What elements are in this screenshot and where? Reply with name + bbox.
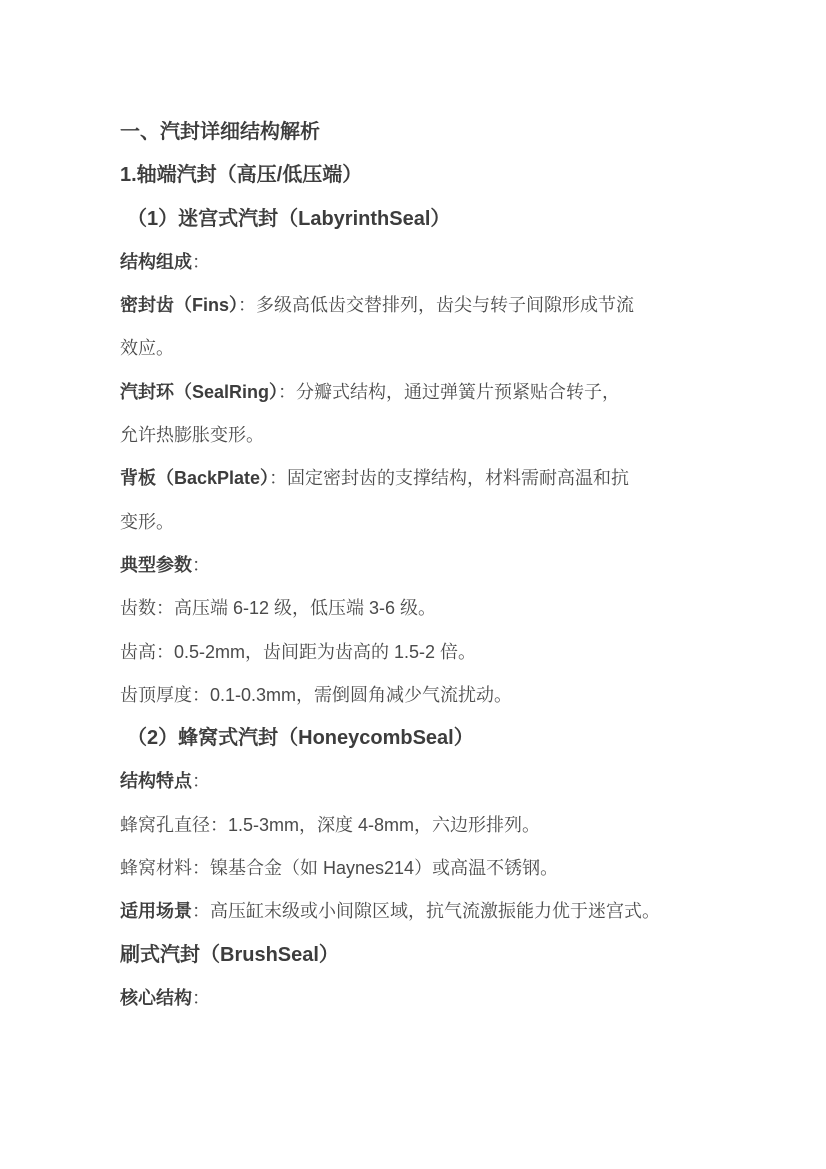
- text-segment: 蜂窝孔直径：1.5-3mm，深度 4-8mm，六边形排列。: [120, 815, 540, 835]
- paragraph-line: 结构特点：: [120, 760, 720, 803]
- bold-text-segment: 密封齿（Fins）: [120, 295, 238, 315]
- bold-text-segment: 结构组成: [120, 252, 192, 272]
- text-segment: 蜂窝材料：镍基合金（如 Haynes214）或高温不锈钢。: [120, 858, 558, 878]
- paragraph-line: 齿数：高压端 6-12 级，低压端 3-6 级。: [120, 587, 720, 630]
- text-segment: 变形。: [120, 512, 174, 532]
- paragraph-line: 适用场景：高压缸末级或小间隙区域，抗气流激振能力优于迷宫式。: [120, 890, 720, 933]
- text-segment: ：: [192, 252, 210, 272]
- bold-text-segment: 汽封环（SealRing）: [120, 382, 278, 402]
- bold-text-segment: 核心结构: [120, 988, 192, 1008]
- text-segment: ：: [192, 771, 210, 791]
- paragraph-line: 齿顶厚度：0.1-0.3mm，需倒圆角减少气流扰动。: [120, 674, 720, 717]
- paragraph-line: 变形。: [120, 501, 720, 544]
- paragraph-line: 齿高：0.5-2mm，齿间距为齿高的 1.5-2 倍。: [120, 631, 720, 674]
- heading-line: （2）蜂窝式汽封（HoneycombSeal）: [120, 717, 720, 760]
- text-segment: ：多级高低齿交替排列，齿尖与转子间隙形成节流: [238, 295, 634, 315]
- paragraph-line: 汽封环（SealRing）：分瓣式结构，通过弹簧片预紧贴合转子，: [120, 371, 720, 414]
- text-segment: ：固定密封齿的支撑结构，材料需耐高温和抗: [269, 468, 629, 488]
- text-segment: 允许热膨胀变形。: [120, 425, 264, 445]
- bold-text-segment: 典型参数: [120, 555, 192, 575]
- paragraph-line: 典型参数：: [120, 544, 720, 587]
- paragraph-line: 蜂窝孔直径：1.5-3mm，深度 4-8mm，六边形排列。: [120, 804, 720, 847]
- text-segment: ：: [192, 555, 210, 575]
- paragraph-line: 背板（BackPlate）：固定密封齿的支撑结构，材料需耐高温和抗: [120, 457, 720, 500]
- heading-line: 刷式汽封（BrushSeal）: [120, 934, 720, 977]
- text-segment: ：: [192, 988, 210, 1008]
- heading-line: 1.轴端汽封（高压/低压端）: [120, 154, 720, 197]
- text-segment: 齿数：高压端 6-12 级，低压端 3-6 级。: [120, 598, 436, 618]
- paragraph-line: 密封齿（Fins）：多级高低齿交替排列，齿尖与转子间隙形成节流: [120, 284, 720, 327]
- paragraph-line: 结构组成：: [120, 241, 720, 284]
- heading-line: （1）迷宫式汽封（LabyrinthSeal）: [120, 198, 720, 241]
- bold-text-segment: 刷式汽封（BrushSeal）: [120, 944, 339, 966]
- bold-text-segment: 背板（BackPlate）: [120, 468, 269, 488]
- document-page: 一、汽封详细结构解析1.轴端汽封（高压/低压端）（1）迷宫式汽封（Labyrin…: [120, 111, 720, 1020]
- paragraph-line: 允许热膨胀变形。: [120, 414, 720, 457]
- heading-line: 一、汽封详细结构解析: [120, 111, 720, 154]
- paragraph-line: 核心结构：: [120, 977, 720, 1020]
- text-segment: ：高压缸末级或小间隙区域，抗气流激振能力优于迷宫式。: [192, 901, 660, 921]
- paragraph-line: 效应。: [120, 327, 720, 370]
- bold-text-segment: 结构特点: [120, 771, 192, 791]
- text-segment: 齿顶厚度：0.1-0.3mm，需倒圆角减少气流扰动。: [120, 685, 512, 705]
- bold-text-segment: （1）迷宫式汽封（LabyrinthSeal）: [127, 208, 450, 230]
- bold-text-segment: 1.轴端汽封（高压/低压端）: [120, 164, 362, 186]
- bold-text-segment: 一、汽封详细结构解析: [120, 121, 320, 143]
- text-segment: ：分瓣式结构，通过弹簧片预紧贴合转子，: [278, 382, 620, 402]
- text-segment: 齿高：0.5-2mm，齿间距为齿高的 1.5-2 倍。: [120, 642, 476, 662]
- paragraph-line: 蜂窝材料：镍基合金（如 Haynes214）或高温不锈钢。: [120, 847, 720, 890]
- bold-text-segment: （2）蜂窝式汽封（HoneycombSeal）: [127, 727, 474, 749]
- text-segment: 效应。: [120, 338, 174, 358]
- bold-text-segment: 适用场景: [120, 901, 192, 921]
